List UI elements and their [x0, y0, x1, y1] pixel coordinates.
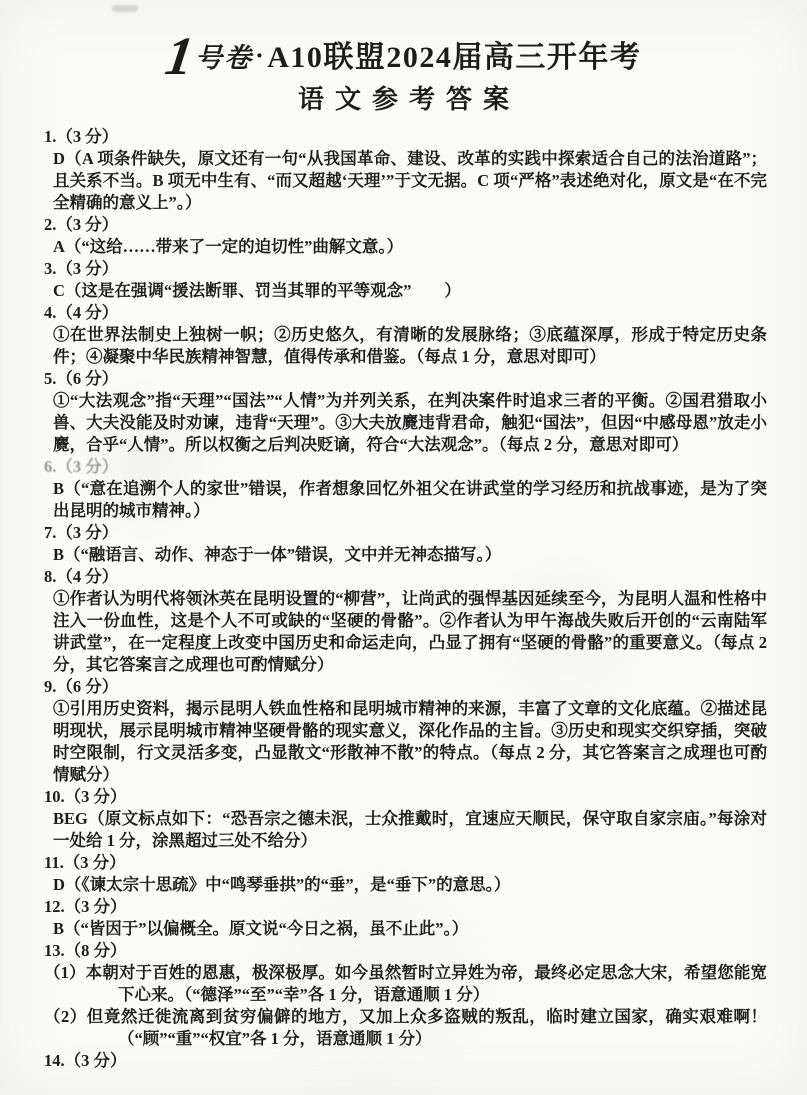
exam-title-text: A10联盟2024届高三开年考: [267, 41, 641, 74]
item-1-header: 1.（3 分）: [44, 126, 765, 148]
item-14-header: 14.（3 分）: [44, 1050, 765, 1072]
item-13: 13.（8 分） （1）本朝对于百姓的恩惠，极深极厚。如今虽然暂时立异姓为帝，最…: [0, 940, 807, 1050]
item-3-answer: C（这是在强调“援法断罪、罚当其罪的平等观念” ）: [53, 280, 767, 302]
exam-brand-numeral: 1: [163, 36, 197, 76]
scan-smudge-artifact: [112, 5, 138, 12]
item-2-answer: A（“这给……带来了一定的迫切性”曲解文意。）: [53, 236, 767, 258]
item-3: 3.（3 分） C（这是在强调“援法断罪、罚当其罪的平等观念” ）: [0, 258, 807, 302]
item-8: 8.（4 分） ①作者认为明代将领沐英在昆明设置的“柳营”，让尚武的强悍基因延续…: [0, 566, 807, 676]
item-8-answer: ①作者认为明代将领沐英在昆明设置的“柳营”，让尚武的强悍基因延续至今，为昆明人温…: [53, 588, 767, 676]
item-7-header: 7.（3 分）: [44, 522, 765, 544]
page-subtitle: 语文参考答案: [0, 83, 807, 117]
title-block: 1号卷·A10联盟2024届高三开年考 语文参考答案: [0, 0, 807, 117]
item-8-header: 8.（4 分）: [44, 566, 765, 588]
item-6-answer: B（“意在追溯个人的家世”错误，作者想象回忆外祖父在讲武堂的学习经历和抗战事迹，…: [53, 478, 767, 522]
exam-brand-suffix: 号卷: [195, 43, 253, 73]
item-12-header: 12.（3 分）: [44, 896, 765, 918]
item-10-answer: BEG（原文标点如下：“恐吾宗之德未泯，士众推戴时，宜速应天顺民，保守取自家宗庙…: [53, 808, 767, 852]
scanned-answer-sheet-page: 1号卷·A10联盟2024届高三开年考 语文参考答案 1.（3 分） D（A 项…: [0, 0, 807, 1095]
item-12-answer: B（“皆因于”以偏概全。原文说“今日之祸，虽不止此”。）: [53, 918, 767, 940]
item-9-header: 9.（6 分）: [44, 676, 765, 698]
item-13-header: 13.（8 分）: [44, 940, 765, 962]
item-1-answer: D（A 项条件缺失，原文还有一句“从我国革命、建设、改革的实践中探索适合自己的法…: [53, 148, 767, 214]
item-13-answer-2: （2）但竟然迁徙流离到贫穷偏僻的地方，又加上众多盗贼的叛乱，临时建立国家，确实艰…: [118, 1006, 767, 1050]
title-separator-dot: ·: [253, 41, 267, 70]
item-13-answer-1: （1）本朝对于百姓的恩惠，极深极厚。如今虽然暂时立异姓为帝，最终必定思念大宋，希…: [118, 962, 767, 1006]
item-14: 14.（3 分）: [0, 1050, 807, 1072]
page-title: 1号卷·A10联盟2024届高三开年考: [0, 36, 807, 78]
item-5-header: 5.（6 分）: [44, 368, 765, 390]
item-5: 5.（6 分） ①“大法观念”指“天理”“国法”“人情”为并列关系，在判决案件时…: [0, 368, 807, 456]
item-7: 7.（3 分） B（“融语言、动作、神态于一体”错误，文中并无神态描写。）: [0, 522, 807, 566]
item-9: 9.（6 分） ①引用历史资料，揭示昆明人铁血性格和昆明城市精神的来源，丰富了文…: [0, 676, 807, 786]
item-7-answer: B（“融语言、动作、神态于一体”错误，文中并无神态描写。）: [53, 544, 767, 566]
item-10-header: 10.（3 分）: [44, 786, 765, 808]
item-3-header: 3.（3 分）: [44, 258, 765, 280]
item-5-answer: ①“大法观念”指“天理”“国法”“人情”为并列关系，在判决案件时追求三者的平衡。…: [53, 390, 767, 456]
item-12: 12.（3 分） B（“皆因于”以偏概全。原文说“今日之祸，虽不止此”。）: [0, 896, 807, 940]
item-10: 10.（3 分） BEG（原文标点如下：“恐吾宗之德未泯，士众推戴时，宜速应天顺…: [0, 786, 807, 852]
item-11-header: 11.（3 分）: [44, 852, 765, 874]
item-6-header: 6.（3 分）: [44, 456, 765, 478]
item-11-answer: D（《谏太宗十思疏》中“鸣琴垂拱”的“垂”，是“垂下”的意思。）: [53, 874, 767, 896]
item-1: 1.（3 分） D（A 项条件缺失，原文还有一句“从我国革命、建设、改革的实践中…: [0, 126, 807, 214]
item-4-header: 4.（4 分）: [44, 302, 765, 324]
item-6: 6.（3 分） B（“意在追溯个人的家世”错误，作者想象回忆外祖父在讲武堂的学习…: [0, 456, 807, 522]
item-4-answer: ①在世界法制史上独树一帜；②历史悠久，有清晰的发展脉络；③底蕴深厚，形成于特定历…: [53, 324, 767, 368]
item-2: 2.（3 分） A（“这给……带来了一定的迫切性”曲解文意。）: [0, 214, 807, 258]
item-11: 11.（3 分） D（《谏太宗十思疏》中“鸣琴垂拱”的“垂”，是“垂下”的意思。…: [0, 852, 807, 896]
item-4: 4.（4 分） ①在世界法制史上独树一帜；②历史悠久，有清晰的发展脉络；③底蕴深…: [0, 302, 807, 368]
item-9-answer: ①引用历史资料，揭示昆明人铁血性格和昆明城市精神的来源，丰富了文章的文化底蕴。②…: [53, 698, 767, 786]
answers-content: 1.（3 分） D（A 项条件缺失，原文还有一句“从我国革命、建设、改革的实践中…: [0, 126, 807, 1072]
item-2-header: 2.（3 分）: [44, 214, 765, 236]
